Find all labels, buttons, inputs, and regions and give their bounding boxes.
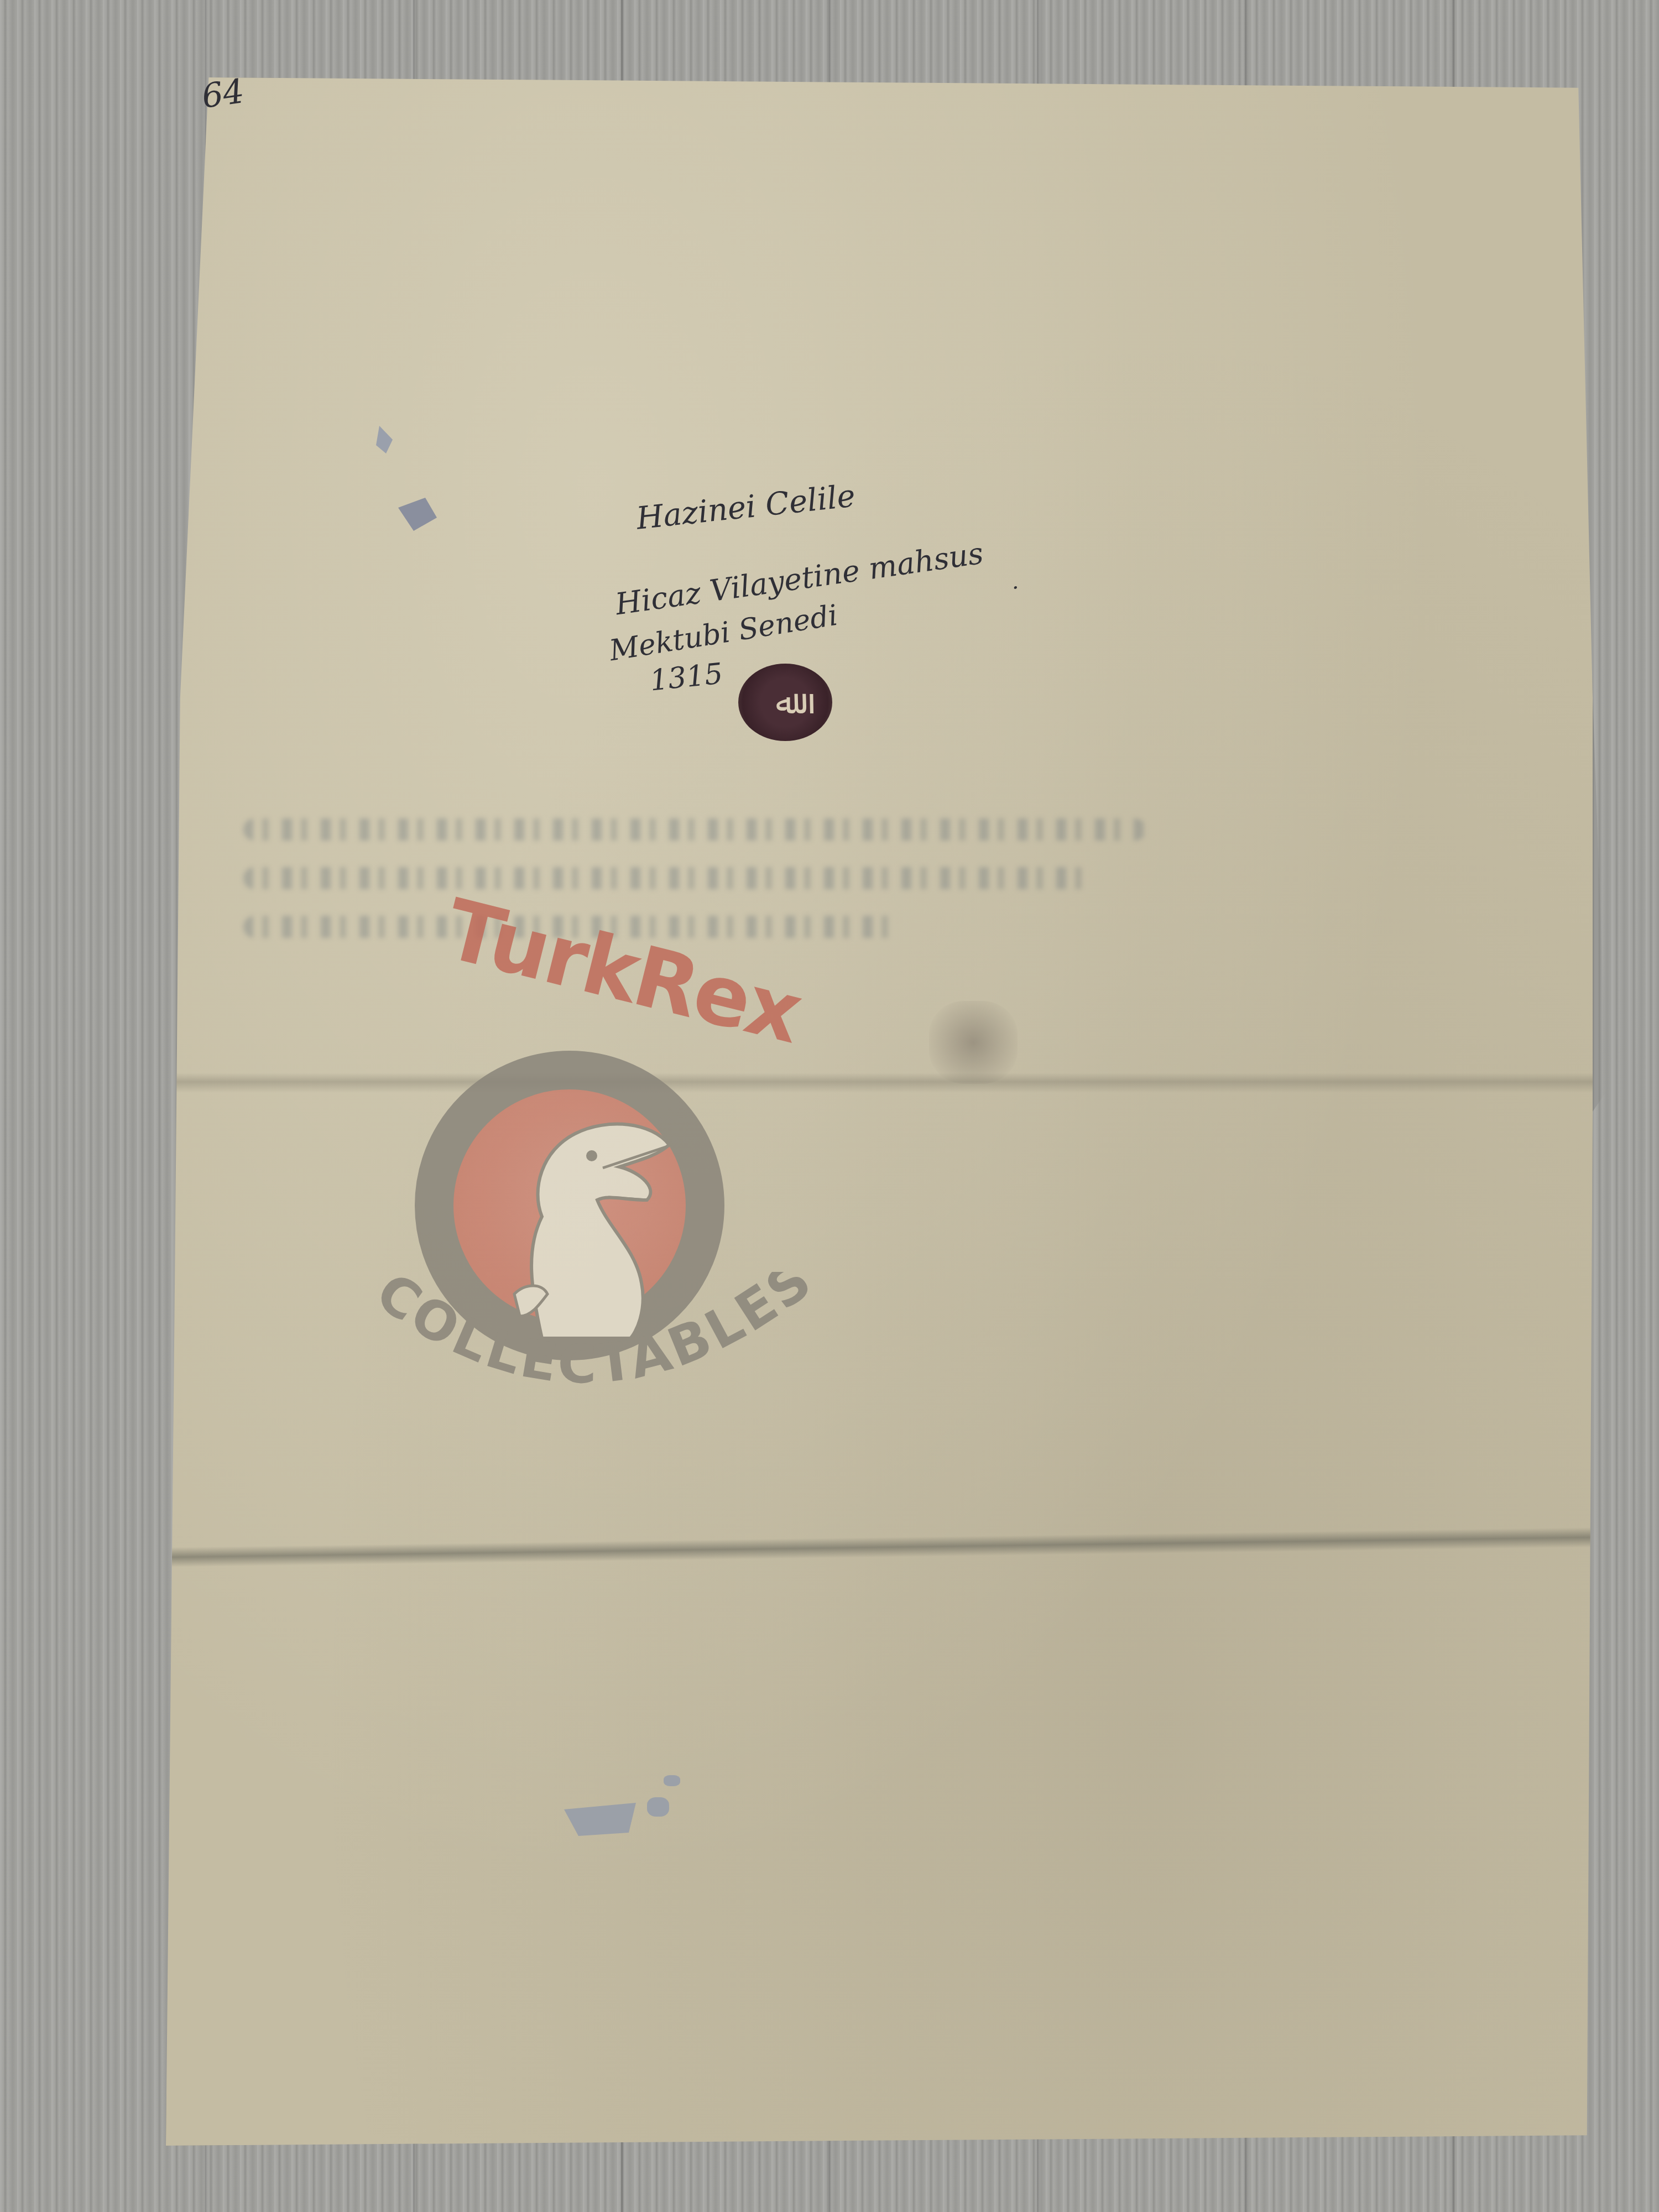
- seal-glyph: ﷲ: [775, 683, 795, 722]
- faded-script-line: [243, 818, 1146, 841]
- watermark-subtitle-arc: COLLECTABLES: [343, 1272, 841, 1438]
- watermark-subtitle: COLLECTABLES: [365, 1272, 825, 1396]
- fold-crease-lower: [166, 1527, 1593, 1567]
- paper-tear-damage: [553, 1770, 697, 1847]
- ottoman-seal-icon: ﷲ: [738, 664, 832, 741]
- faded-script-line: [243, 867, 1089, 889]
- ink-mark: ·: [1012, 575, 1019, 601]
- turkrex-watermark-logo: TurkRex COLLECTABLES: [321, 907, 818, 1405]
- page-number-annotation: 64: [200, 72, 247, 116]
- watermark-brand-title: TurkRex: [436, 881, 810, 1062]
- svg-text:COLLECTABLES: COLLECTABLES: [365, 1272, 825, 1396]
- faint-stamp-mark: [929, 1001, 1018, 1084]
